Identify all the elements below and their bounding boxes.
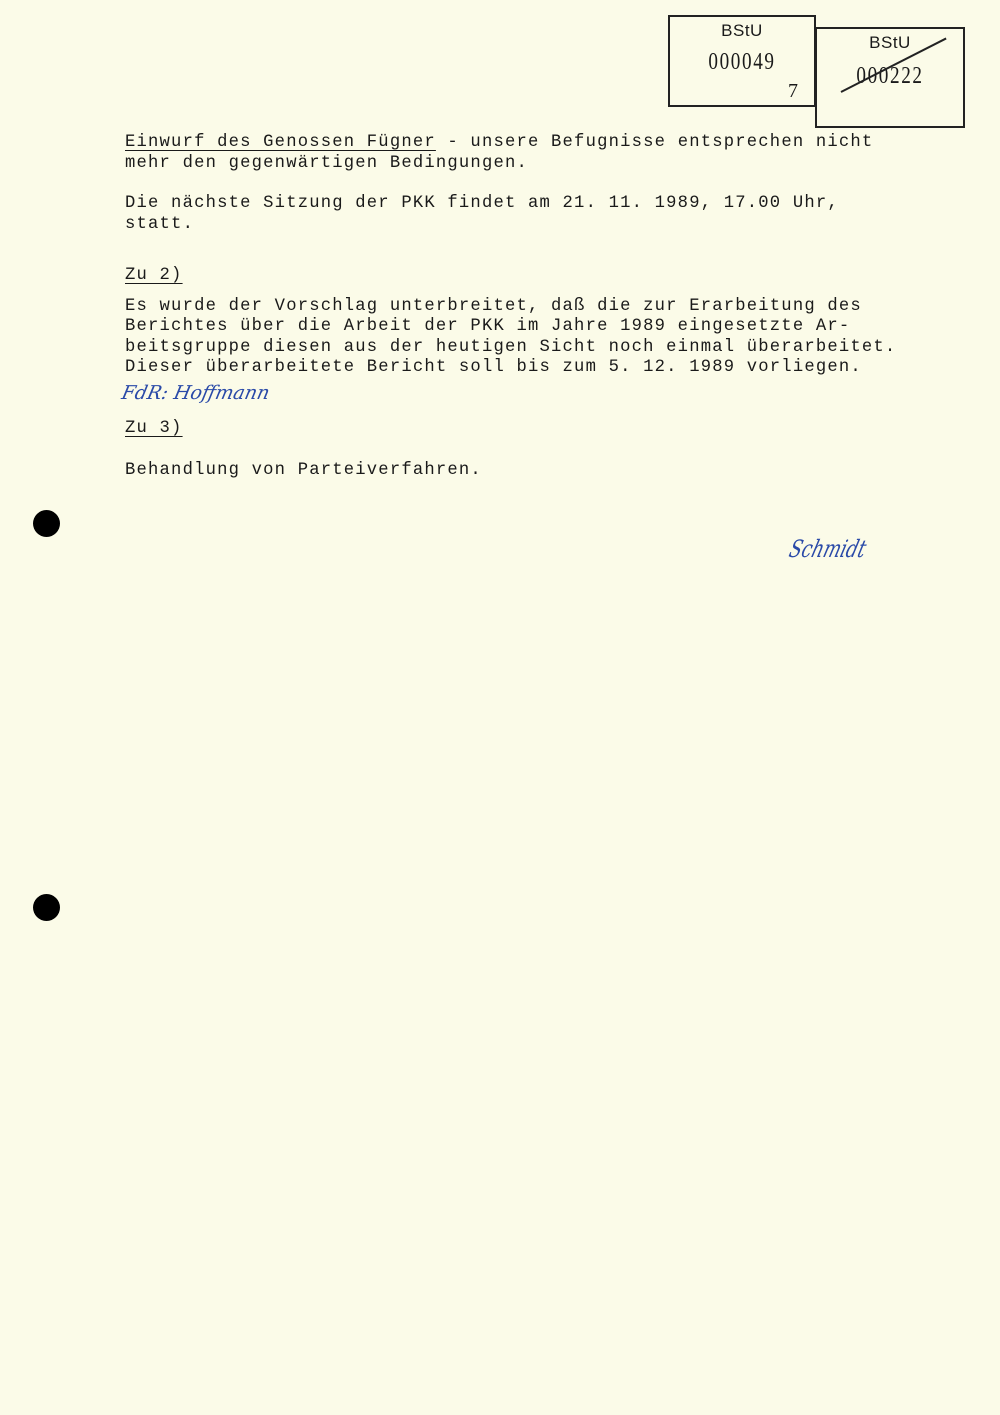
punch-hole [33,894,60,921]
section-heading-2: Zu 2) [125,265,183,286]
underlined-phrase: Einwurf des Genossen Fügner [125,133,436,152]
paragraph-next-meeting-line1: Die nächste Sitzung der PKK findet am 21… [125,193,839,214]
section2-line: Dieser überarbeitete Bericht soll bis zu… [125,357,862,378]
paragraph-fuegner-line1: Einwurf des Genossen Fügner - unsere Bef… [125,132,873,153]
stamp-org: BStU [817,33,963,53]
paragraph-fuegner-line2: mehr den gegenwärtigen Bedingungen. [125,153,528,174]
section2-line: beitsgruppe diesen aus der heutigen Sich… [125,337,896,358]
section-heading-3: Zu 3) [125,418,183,439]
stamp-number: 000049 [684,49,799,76]
stamp-sub-number: 7 [788,80,798,103]
paragraph-next-meeting-line2: statt. [125,214,194,235]
paragraph-text: - unsere Befugnisse entsprechen nicht [436,133,874,152]
stamp-org: BStU [670,21,814,41]
punch-hole [33,510,60,537]
archive-stamp-struck: BStU 000222 [815,27,965,128]
archive-stamp-current: BStU 000049 7 [668,15,816,107]
signature: Schmidt [786,535,869,563]
section2-line: Berichtes über die Arbeit der PKK im Jah… [125,316,850,337]
section3-text: Behandlung von Parteiverfahren. [125,460,482,481]
handwritten-note: FdR: Hoffmann [120,382,272,404]
section2-line: Es wurde der Vorschlag unterbreitet, daß… [125,296,862,317]
